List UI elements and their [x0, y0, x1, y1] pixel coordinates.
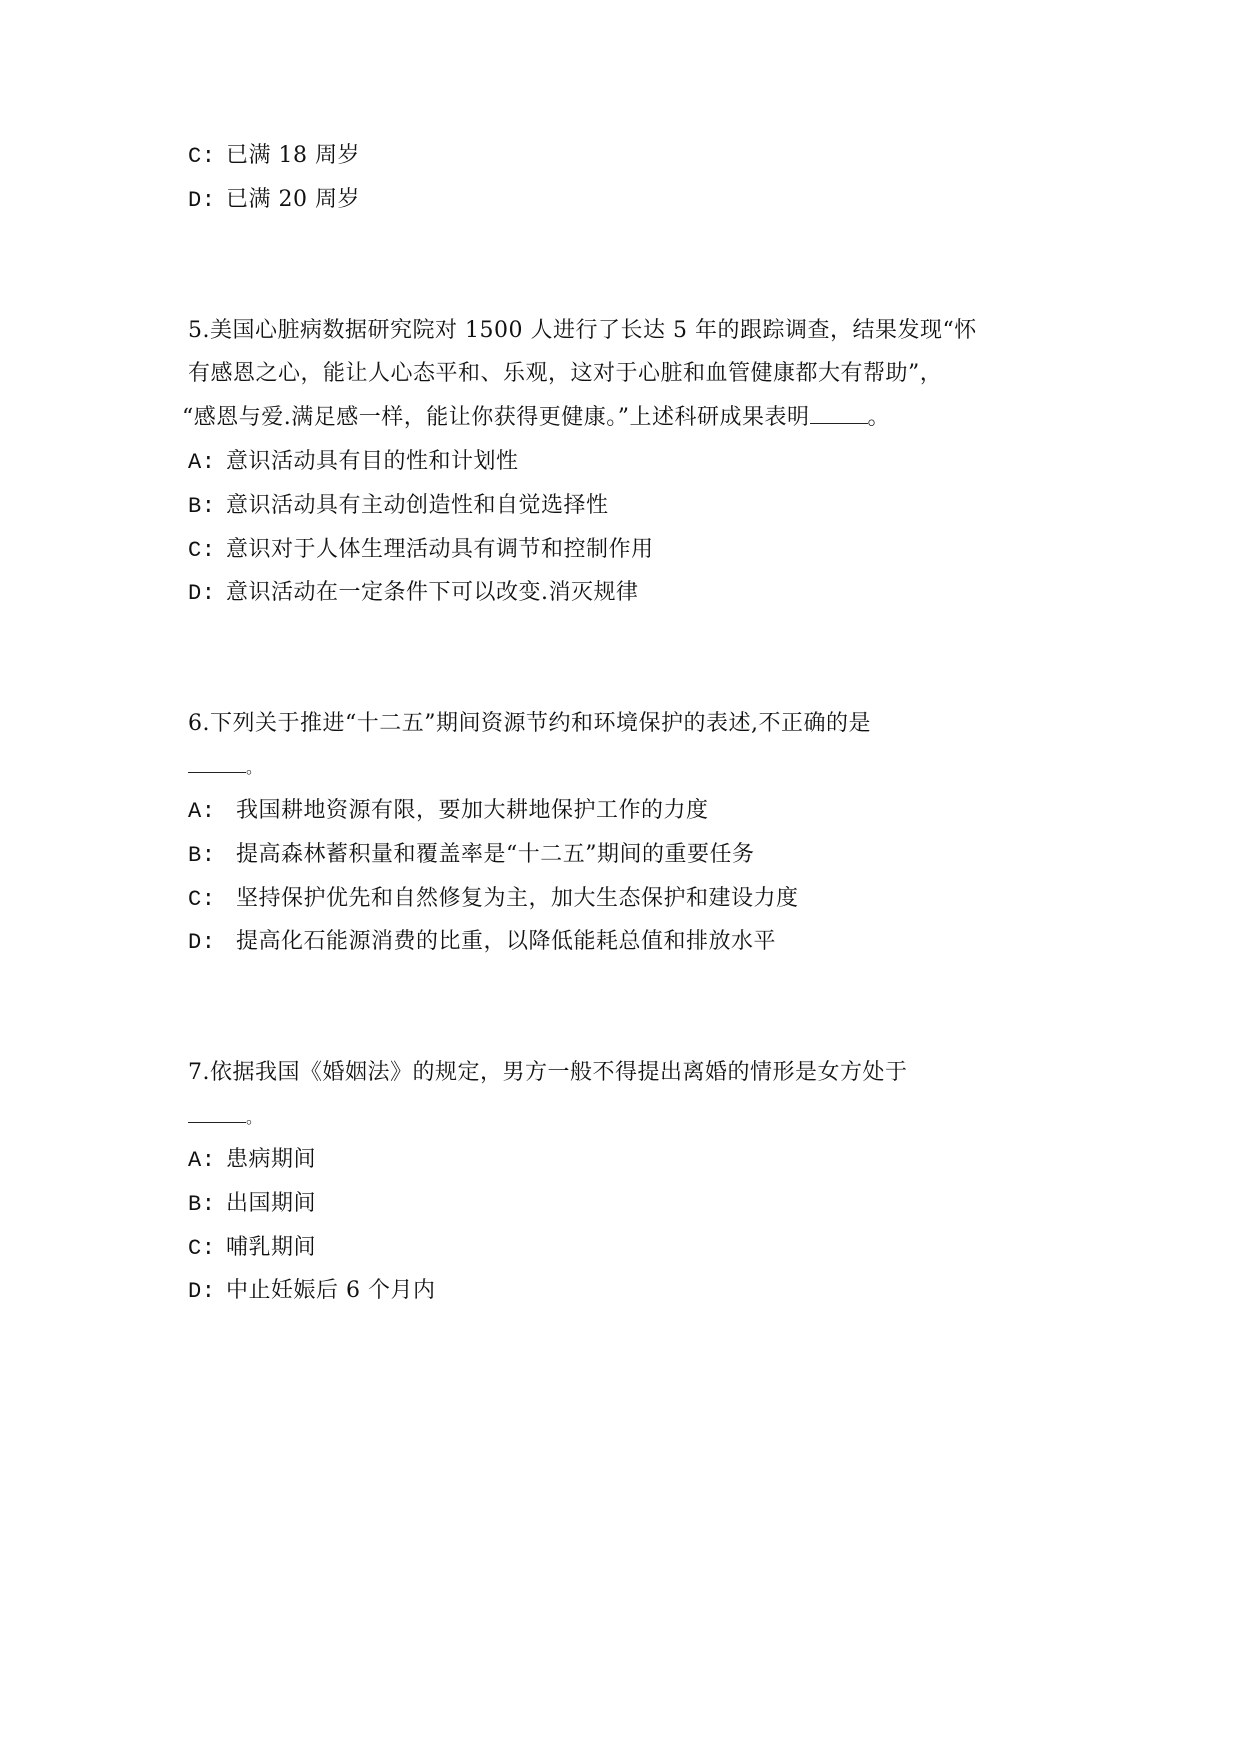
- stem-end: 。: [246, 1108, 263, 1127]
- option-label: A:: [188, 1146, 226, 1176]
- option-label: C:: [188, 1234, 226, 1264]
- option-text: 哺乳期间: [226, 1235, 316, 1260]
- answer-blank: [810, 403, 868, 424]
- question-stem-line: 6.下列关于推进“十二五”期间资源节约和环境保护的表述,不正确的是: [188, 709, 871, 739]
- option-b: B:意识活动具有主动创造性和自觉选择性: [188, 491, 609, 522]
- option-c: C:坚持保护优先和自然修复为主，加大生态保护和建设力度: [188, 884, 799, 915]
- answer-blank: [188, 752, 246, 773]
- option-a: A:我国耕地资源有限，要加大耕地保护工作的力度: [188, 796, 709, 827]
- option-d: D:提高化石能源消费的比重，以降低能耗总值和排放水平: [188, 927, 776, 958]
- question-stem-line: 。: [188, 752, 263, 783]
- option-label: C:: [188, 142, 226, 172]
- option-a: A:意识活动具有目的性和计划性: [188, 447, 519, 478]
- question-stem-line: 5.美国心脏病数据研究院对 1500 人进行了长达 5 年的跟踪调查，结果发现“…: [188, 316, 977, 346]
- option-label: C:: [188, 536, 226, 566]
- question-stem-line: “感恩与爱.满足感一样，能让你获得更健康。”上述科研成果表明。: [182, 403, 890, 433]
- question-stem-line: 。: [188, 1102, 263, 1133]
- option-c: C:意识对于人体生理活动具有调节和控制作用: [188, 535, 654, 566]
- option-text: 意识活动在一定条件下可以改变.消灭规律: [226, 580, 639, 605]
- option-text: 意识对于人体生理活动具有调节和控制作用: [226, 537, 654, 562]
- option-a: A:患病期间: [188, 1145, 316, 1176]
- option-label: D:: [188, 1277, 226, 1307]
- option-text: 已满 20 周岁: [226, 187, 360, 212]
- option-text: 提高森林蓄积量和覆盖率是“十二五”期间的重要任务: [236, 842, 755, 867]
- option-label: C:: [188, 885, 236, 915]
- option-c: C:已满 18 周岁: [188, 141, 360, 172]
- option-label: D:: [188, 579, 226, 609]
- option-text: 中止妊娠后 6 个月内: [226, 1278, 435, 1303]
- option-text: 提高化石能源消费的比重，以降低能耗总值和排放水平: [236, 929, 776, 954]
- question-stem-line: 有感恩之心，能让人心态平和、乐观，这对于心脏和血管健康都大有帮助”，: [188, 359, 942, 389]
- option-text: 意识活动具有目的性和计划性: [226, 449, 519, 474]
- option-label: D:: [188, 186, 226, 216]
- option-label: B:: [188, 1190, 226, 1220]
- option-d: D:意识活动在一定条件下可以改变.消灭规律: [188, 578, 639, 609]
- question-stem-text: “感恩与爱.满足感一样，能让你获得更健康。”上述科研成果表明: [182, 405, 810, 430]
- option-d: D:已满 20 周岁: [188, 185, 360, 216]
- option-d: D:中止妊娠后 6 个月内: [188, 1276, 435, 1307]
- stem-end: 。: [246, 758, 263, 777]
- option-b: B:出国期间: [188, 1189, 316, 1220]
- option-text: 已满 18 周岁: [226, 143, 360, 168]
- option-label: B:: [188, 841, 236, 871]
- option-text: 意识活动具有主动创造性和自觉选择性: [226, 493, 609, 518]
- option-text: 坚持保护优先和自然修复为主，加大生态保护和建设力度: [236, 886, 799, 911]
- answer-blank: [188, 1102, 246, 1123]
- option-text: 我国耕地资源有限，要加大耕地保护工作的力度: [236, 798, 709, 823]
- option-label: B:: [188, 492, 226, 522]
- option-c: C:哺乳期间: [188, 1233, 316, 1264]
- option-text: 患病期间: [226, 1147, 316, 1172]
- option-text: 出国期间: [226, 1191, 316, 1216]
- option-b: B:提高森林蓄积量和覆盖率是“十二五”期间的重要任务: [188, 840, 755, 871]
- option-label: A:: [188, 797, 236, 827]
- option-label: A:: [188, 448, 226, 478]
- stem-end: 。: [868, 405, 891, 430]
- question-stem-line: 7.依据我国《婚姻法》的规定，男方一般不得提出离婚的情形是女方处于: [188, 1058, 908, 1088]
- option-label: D:: [188, 928, 236, 958]
